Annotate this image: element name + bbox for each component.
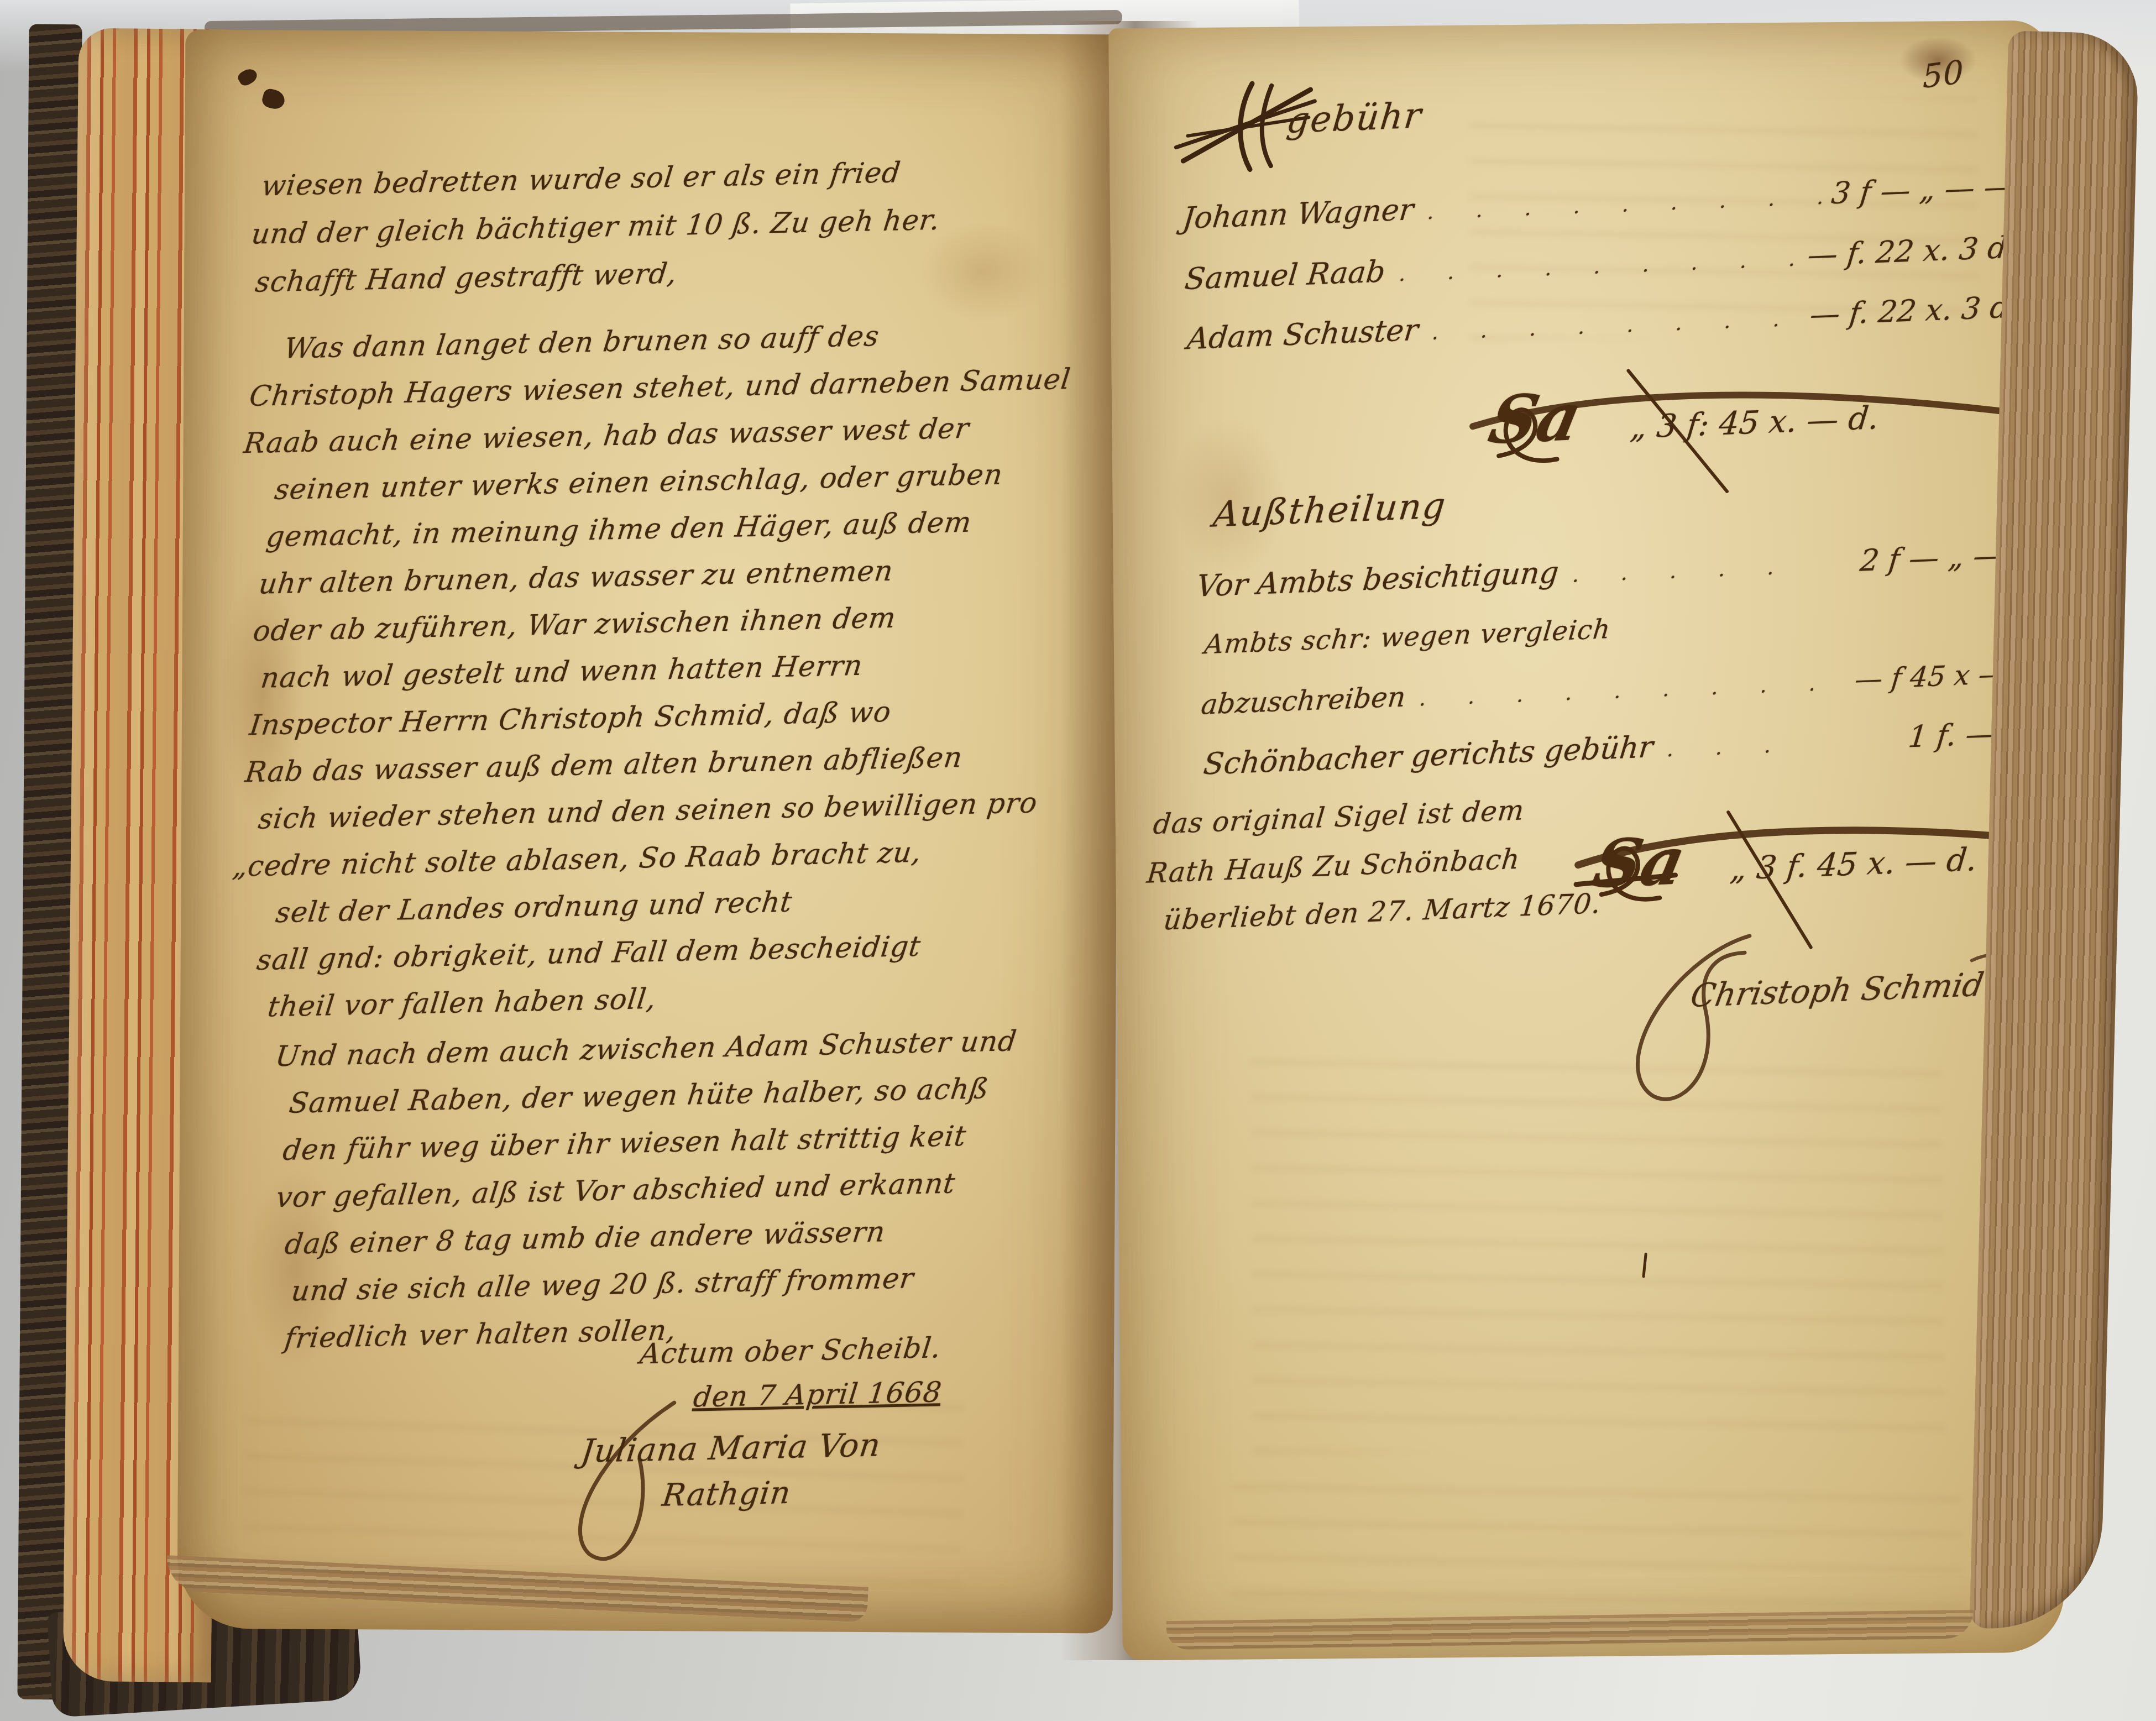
summa-label: Sa — [1587, 822, 1692, 903]
item-row: Schönbacher gerichts gebühr . . . 1 f. —… — [1202, 715, 2037, 782]
manuscript-line: sich wieder stehen und den seinen so bew… — [257, 787, 1039, 836]
manuscript-line: und der gleich bächtiger mit 10 ß. Zu ge… — [250, 204, 942, 251]
note-line: Rath Hauß Zu Schönbach — [1145, 843, 1522, 890]
manuscript-line: Christoph Hagers wiesen stehet, und darn… — [248, 363, 1072, 413]
manuscript-line: uhr alten brunen, das wasser zu entnemen — [257, 555, 895, 601]
entry-amount: — f. 22 x. 3 d. — [1808, 289, 2021, 332]
manuscript-line: vor gefallen, alß ist Vor abschied und e… — [274, 1167, 957, 1214]
manuscript-line: und sie sich alle weg 20 ß. straff fromm… — [290, 1262, 916, 1308]
manuscript-line: den führ weg über ihr wiesen halt stritt… — [281, 1120, 968, 1167]
entry-name: Adam Schuster — [1185, 312, 1420, 356]
manuscript-line: Was dann langet den brunen so auff des — [282, 320, 881, 365]
manuscript-line: friedlich ver halten sollen, — [283, 1314, 678, 1355]
fee-entry-row: Samuel Raab . . . . . . . . . . — f. 22 … — [1183, 229, 2018, 296]
signature-flourish — [536, 1380, 716, 1572]
left-page: wiesen bedretten wurde sol er als ein fr… — [177, 30, 1121, 1634]
item-name: abzuschreiben — [1200, 681, 1407, 720]
manuscript-line: wiesen bedretten wurde sol er als ein fr… — [260, 156, 903, 202]
leader-dots: . . . — [1651, 728, 1909, 762]
note-line: das original Sigel ist dem — [1152, 794, 1526, 840]
summa-label: Sa — [1483, 378, 1588, 458]
leader-dots: . . . . . . . . . . — [1417, 306, 1811, 345]
item-row: Vor Ambts besichtigung . . . . . 2 f — „… — [1195, 537, 2030, 604]
manuscript-line: Rab das wasser auß dem alten brunen abfl… — [243, 741, 964, 789]
manuscript-line: gemacht, in meinung ihme den Häger, auß … — [264, 506, 974, 554]
manuscript-line: Samuel Raben, der wegen hüte halber, so … — [287, 1073, 991, 1120]
manuscript-line: selt der Landes ordnung und recht — [274, 886, 794, 930]
manuscript-line: Raab auch eine wiesen, hab das wasser we… — [242, 412, 971, 461]
page-number: 50 — [1922, 53, 1965, 96]
manuscript-photo: wiesen bedretten wurde sol er als ein fr… — [0, 0, 2156, 1721]
signature-surname: Rathgin — [660, 1475, 793, 1514]
leader-dots: . . . . . . . . . . — [1384, 246, 1809, 287]
manuscript-line: nach wol gestelt und wenn hatten Herrn — [259, 650, 865, 695]
leader-dots: . . . . . . . . . . — [1412, 184, 1833, 224]
right-page-text: gebühr 50 Johann Wagner . . . . . . . . … — [1085, 7, 2089, 1673]
dateline-date: den 7 April 1668 — [692, 1376, 944, 1414]
item-name: Vor Ambts besichtigung — [1195, 555, 1561, 603]
leader-dots: . . . . . — [1557, 552, 1861, 588]
dateline-place: Actum ober Scheibl. — [638, 1332, 943, 1371]
manuscript-line: sall gnd: obrigkeit, und Fall dem besche… — [255, 930, 923, 977]
fee-entry-row: Johann Wagner . . . . . . . . . . 3 f — … — [1181, 169, 2016, 236]
item-row: abzuschreiben . . . . . . . . . — f 45 x… — [1200, 657, 2034, 721]
page-heading: gebühr — [1285, 95, 1424, 142]
entry-name: Samuel Raab — [1183, 254, 1387, 296]
manuscript-line: Inspector Herrn Christoph Schmid, daß wo — [248, 696, 893, 742]
stray-ink-mark — [1642, 1252, 1647, 1278]
manuscript-line: seinen unter werks einen einschlag, oder… — [273, 458, 1004, 506]
manuscript-line: daß einer 8 tag umb die andere wässern — [283, 1216, 887, 1261]
entry-amount: — f. 22 x. 3 d. — [1806, 229, 2018, 273]
left-page-text: wiesen bedretten wurde sol er als ein fr… — [165, 23, 1133, 1641]
note-line: überliebt den 27. Martz 1670. — [1162, 887, 1603, 937]
signature-name: Juliana Maria Von — [579, 1426, 883, 1470]
item-name: Schönbacher gerichts gebühr — [1202, 729, 1655, 782]
manuscript-line: „cedre nicht solte ablasen, So Raab brac… — [231, 836, 924, 883]
right-page: gebühr 50 Johann Wagner . . . . . . . . … — [1108, 20, 2065, 1661]
manuscript-line: schafft Hand gestrafft werd, — [254, 258, 679, 299]
section-heading: Außtheilung — [1211, 485, 1448, 536]
manuscript-line: Und nach dem auch zwischen Adam Schuster… — [274, 1025, 1019, 1073]
entry-name: Johann Wagner — [1181, 192, 1415, 236]
item-continuation-line: Ambts schr: wegen vergleich — [1203, 614, 1612, 660]
leader-dots: . . . . . . . . . — [1404, 669, 1856, 711]
manuscript-line: theil vor fallen haben soll, — [266, 983, 658, 1024]
entry-amount: 3 f — „ — — — [1830, 169, 2016, 211]
manuscript-line: oder ab zuführen, War zwischen ihnen dem — [252, 601, 898, 648]
summa-total-top: Sa „ 3 f: 45 x. — d. — [1462, 338, 2043, 515]
